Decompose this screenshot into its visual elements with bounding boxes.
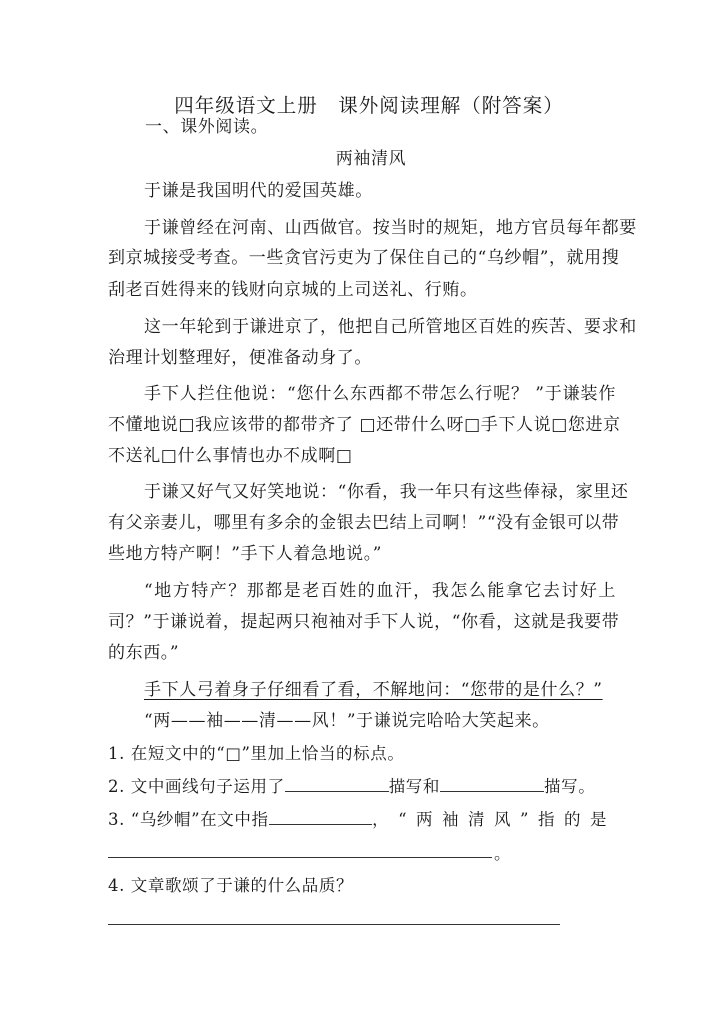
- question-1: 1. 在短文中的“□”里加上恰当的标点。: [108, 743, 616, 765]
- paragraph-line: 的东西。”: [108, 642, 616, 664]
- question-2-text-b: 描写和: [389, 777, 440, 796]
- question-3-text-b: ，“两袖清风”指的是: [372, 809, 616, 831]
- question-2-text-a: 2. 文中画线句子运用了: [108, 777, 285, 796]
- answer-line-4[interactable]: [108, 924, 560, 925]
- paragraph-line: 不懂地说□我应该带的都带齐了 □还带什么呀□手下人说□您进京: [108, 414, 616, 436]
- paragraph-line: 些地方特产啊！”手下人着急地说。”: [108, 543, 616, 565]
- question-3: 3. “乌纱帽”在文中指，“两袖清风”指的是: [108, 808, 616, 831]
- question-2: 2. 文中画线句子运用了描写和描写。: [108, 775, 616, 798]
- paragraph-line: 有父亲妻儿，哪里有多余的金银去巴结上司啊！”“没有金银可以带: [108, 512, 616, 534]
- paragraph-line: 刮老百姓得来的钱财向京城的上司送礼、行贿。: [108, 279, 616, 301]
- worksheet-title: 四年级语文上册 课外阅读理解（附答案）: [0, 90, 724, 118]
- answer-blank-2b[interactable]: [440, 775, 544, 792]
- paragraph-line: 司？”于谦说着，提起两只袍袖对手下人说，“你看，这就是我要带: [108, 611, 616, 633]
- paragraph-line: “地方特产？那都是老百姓的血汗，我怎么能拿它去讨好上: [108, 580, 616, 602]
- paragraph-line: 治理计划整理好，便准备动身了。: [108, 347, 616, 369]
- paragraph-line: 这一年轮到于谦进京了，他把自己所管地区百姓的疾苦、要求和: [108, 316, 616, 338]
- paragraph-line: 到京城接受考查。一些贪官污吏为了保住自己的“乌纱帽”，就用搜: [108, 247, 616, 269]
- question-3-end-mark: 。: [494, 843, 514, 865]
- section-heading: 一、课外阅读。: [145, 116, 653, 138]
- question-4: 4. 文章歌颂了于谦的什么品质？: [108, 875, 616, 897]
- answer-line-3b[interactable]: [108, 857, 492, 858]
- underlined-sentence: 手下人弓着身子仔细看了看，不解地问：“您带的是什么？”: [108, 679, 616, 701]
- paragraph-line: 于谦曾经在河南、山西做官。按当时的规矩，地方官员每年都要: [108, 217, 616, 239]
- paragraph-line: 手下人拦住他说：“您什么东西都不带怎么行呢？ ”于谦装作: [108, 383, 616, 405]
- answer-blank-3a[interactable]: [269, 808, 373, 825]
- paragraph-line: “两——袖——清——风！”于谦说完哈哈大笑起来。: [108, 710, 616, 732]
- paragraph-line: 不送礼□什么事情也办不成啊□: [108, 445, 616, 467]
- story-title: 两袖清风: [0, 148, 724, 170]
- answer-blank-2a[interactable]: [285, 775, 389, 792]
- worksheet-page: 四年级语文上册 课外阅读理解（附答案） 一、课外阅读。 两袖清风 于谦是我国明代…: [0, 0, 724, 1024]
- question-2-text-c: 描写。: [544, 777, 595, 796]
- paragraph-line: 于谦是我国明代的爱国英雄。: [108, 180, 616, 202]
- paragraph-line: 于谦又好气又好笑地说：“你看，我一年只有这些俸禄，家里还: [108, 481, 616, 503]
- question-3-text-a: 3. “乌纱帽”在文中指: [108, 809, 269, 831]
